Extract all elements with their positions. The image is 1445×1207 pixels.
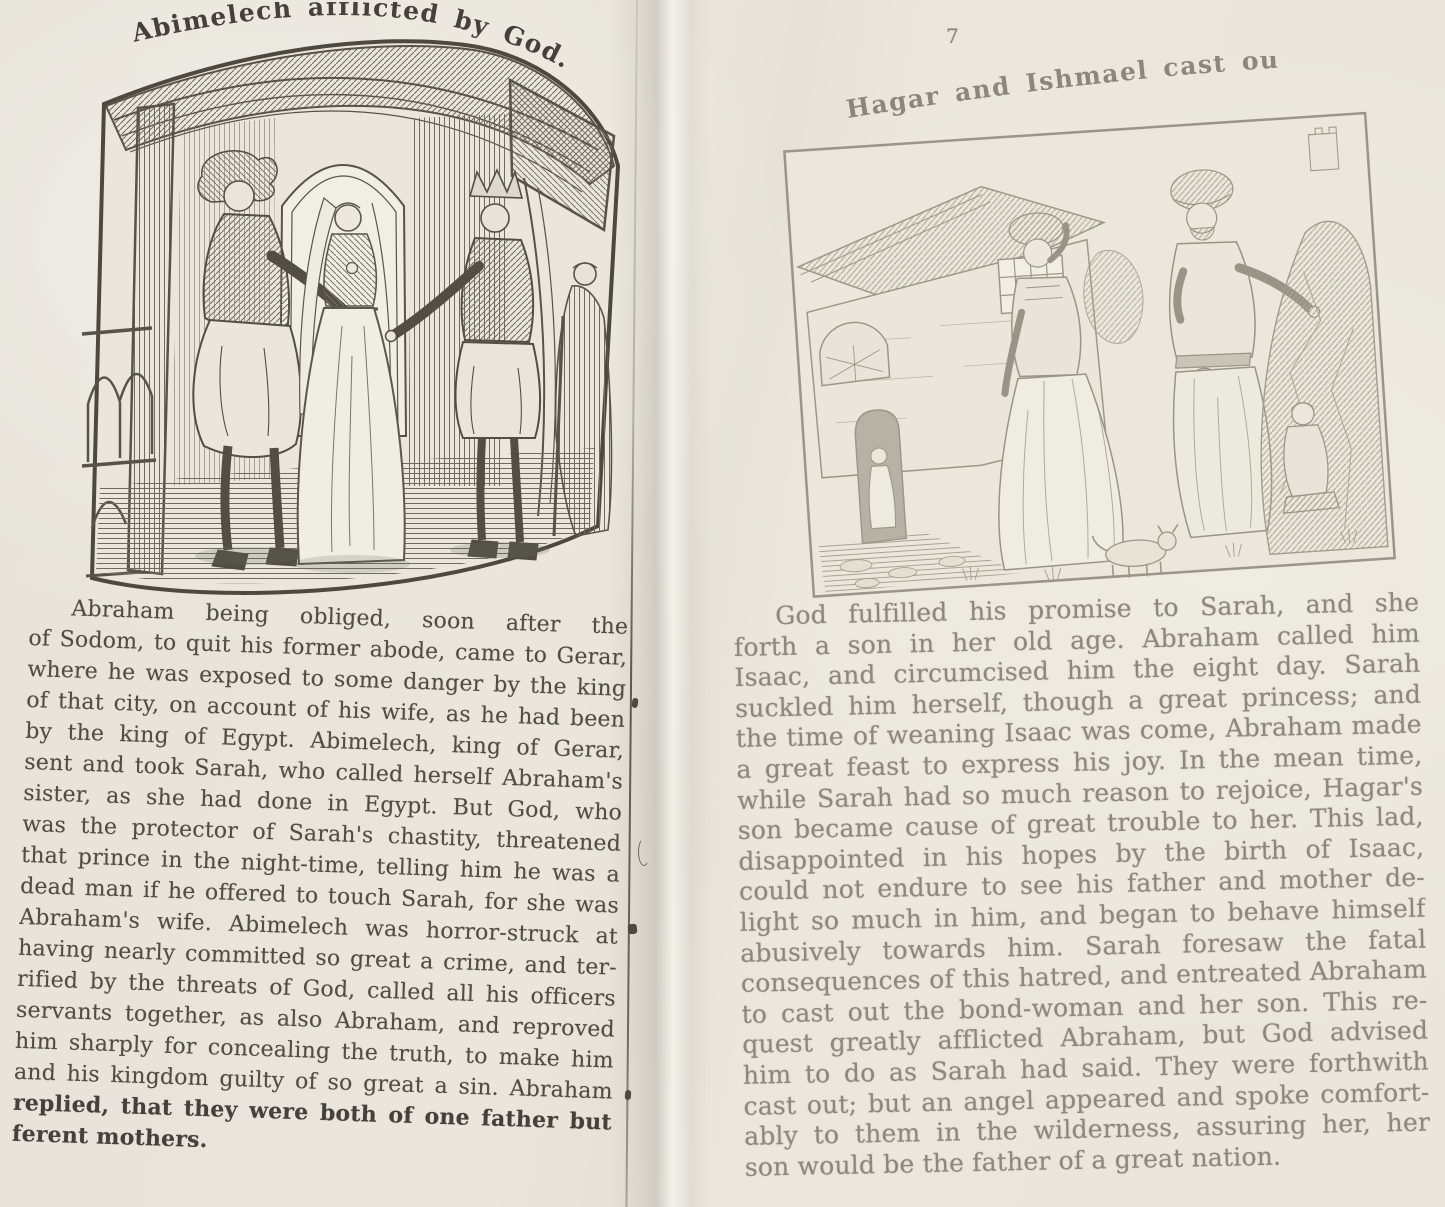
binding-stitch	[628, 924, 638, 935]
left-page-text: Abraham being obliged, soon after the ov…	[11, 592, 628, 1170]
svg-text:Hagar and Ishmael cast out.: Hagar and Ishmael cast out.	[842, 56, 1280, 124]
binding-thread	[638, 838, 650, 866]
tower	[1308, 133, 1338, 171]
shadow	[195, 547, 299, 565]
page-number: 7	[946, 24, 960, 48]
book-scan: Abimelech afflicted by God.	[0, 0, 1445, 1207]
crown	[470, 170, 522, 198]
shadow	[294, 555, 410, 573]
abimelech-woodcut-illustration	[42, 16, 642, 604]
right-page-text: God fulfilled his promise to Sarah, and …	[733, 588, 1431, 1184]
hagar-ishmael-woodcut-illustration	[778, 106, 1408, 625]
shadow	[450, 542, 550, 558]
right-header-text: Hagar and Ishmael cast out.	[842, 56, 1280, 124]
